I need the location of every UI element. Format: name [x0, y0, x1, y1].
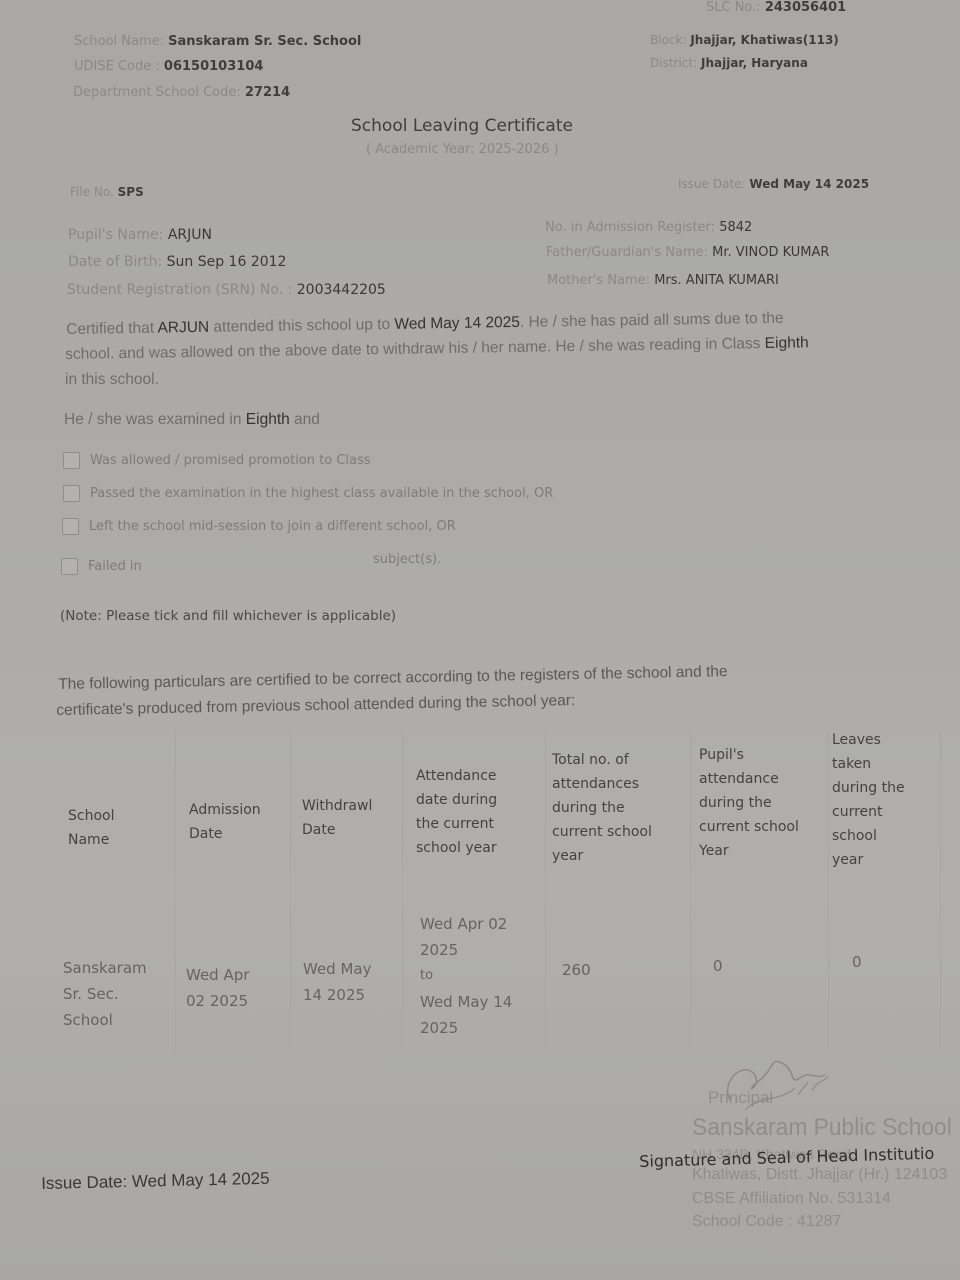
- cell-pupil-attendance: 0: [713, 953, 723, 979]
- column-divider: [290, 730, 291, 1050]
- promotion-checkbox[interactable]: [63, 452, 80, 469]
- udise-code-field: UDISE Code : 06150103104: [74, 59, 263, 74]
- column-divider: [545, 730, 546, 1050]
- stamp-school-name: Sanskaram Public School: [692, 1114, 952, 1142]
- certificate-title: School Leaving Certificate: [351, 116, 573, 136]
- stamp-role: Principal: [708, 1088, 773, 1108]
- table-header-total-attendances: Total no. of attendances during the curr…: [552, 748, 652, 868]
- column-divider: [690, 730, 691, 1050]
- table-header-pupil-attendance: Pupil's attendance during the current sc…: [699, 743, 799, 863]
- cell-admission-date: Wed Apr 02 2025: [186, 962, 249, 1014]
- note-text: (Note: Please tick and fill whichever is…: [60, 608, 396, 624]
- district-field: District: Jhajjar, Haryana: [650, 56, 808, 70]
- cell-total-attendances: 260: [562, 957, 591, 983]
- option-promotion[interactable]: Was allowed / promised promotion to Clas…: [63, 452, 371, 469]
- examined-line: He / she was examined in Eighth and: [64, 407, 320, 432]
- cell-withdrawal-date: Wed May 14 2025: [303, 956, 371, 1008]
- academic-year: ( Academic Year: 2025-2026 ): [366, 142, 559, 157]
- dob-field: Date of Birth: Sun Sep 16 2012: [68, 254, 286, 270]
- failed-checkbox[interactable]: [61, 558, 78, 575]
- issue-date-footer: Issue Date: Wed May 14 2025: [41, 1169, 270, 1194]
- stamp-school-code: School Code : 41287: [692, 1213, 841, 1231]
- block-field: Block: Jhajjar, Khatiwas(113): [650, 33, 839, 47]
- table-header-leaves-taken: Leaves taken during the current school y…: [832, 728, 905, 872]
- column-divider: [175, 730, 176, 1050]
- school-name-field: School Name: Sanskaram Sr. Sec. School: [74, 34, 361, 49]
- cell-leaves-taken: 0: [852, 949, 862, 975]
- table-header-school-name: School Name: [68, 804, 114, 852]
- cell-attendance-dates: Wed Apr 02 2025 to Wed May 14 2025: [420, 911, 512, 1041]
- column-divider: [940, 730, 941, 1050]
- father-name-field: Father/Guardian's Name: Mr. VINOD KUMAR: [546, 245, 829, 260]
- option-left-mid-session[interactable]: Left the school mid-session to join a di…: [62, 518, 456, 535]
- option-failed[interactable]: Failed in: [61, 558, 142, 575]
- slc-number: SLC No.: 243056401: [706, 0, 846, 15]
- left-mid-session-checkbox[interactable]: [62, 518, 79, 535]
- table-header-withdrawal-date: Withdrawl Date: [302, 794, 372, 842]
- stamp-address-2: Khatiwas, Distt. Jhajjar (Hr.) 124103: [692, 1166, 947, 1184]
- pupil-name-field: Pupil's Name: ARJUN: [68, 227, 212, 243]
- srn-field: Student Registration (SRN) No. : 2003442…: [67, 282, 386, 298]
- file-number: File No. SPS: [70, 185, 144, 199]
- column-divider: [828, 730, 829, 1050]
- table-header-admission-date: Admission Date: [189, 798, 261, 846]
- certification-line-3: in this school.: [65, 367, 159, 392]
- column-divider: [402, 730, 403, 1050]
- highest-class-checkbox[interactable]: [63, 485, 80, 502]
- mother-name-field: Mother's Name: Mrs. ANITA KUMARI: [547, 273, 779, 288]
- stamp-affiliation: CBSE Affiliation No. 531314: [692, 1190, 891, 1208]
- issue-date-top: Issue Date: Wed May 14 2025: [678, 177, 869, 191]
- table-header-attendance-dates: Attendance date during the current schoo…: [416, 764, 497, 860]
- option-highest-class[interactable]: Passed the examination in the highest cl…: [63, 485, 553, 502]
- cell-school-name: Sanskaram Sr. Sec. School: [63, 955, 147, 1033]
- failed-subjects-suffix: subject(s).: [373, 552, 441, 567]
- department-code-field: Department School Code: 27214: [73, 85, 290, 100]
- admission-register-field: No. in Admission Register: 5842: [545, 220, 752, 235]
